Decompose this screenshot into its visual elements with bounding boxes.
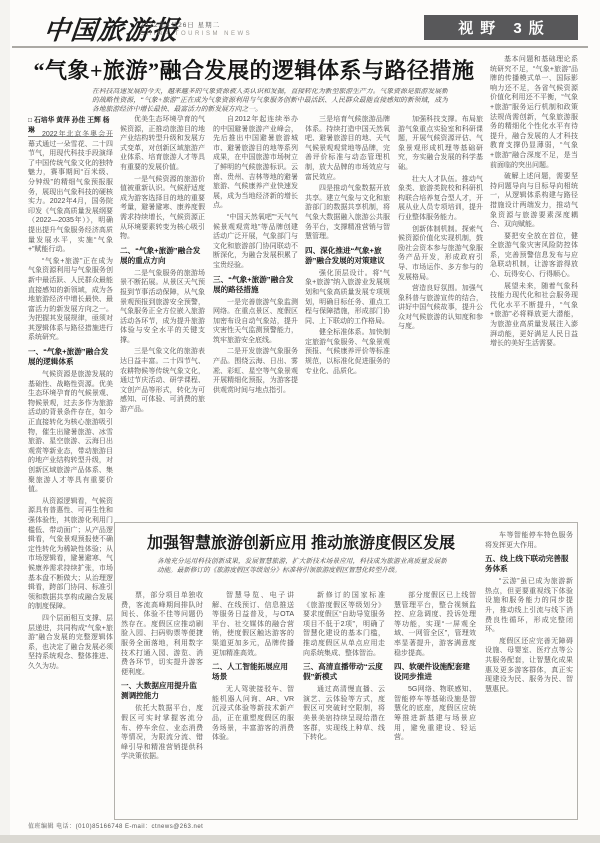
- masthead-english-title: CHINA TOURISM NEWS: [140, 31, 252, 37]
- body-paragraph: 加强科技支撑。布局旅游气象重点实验室和科研课题，开展气候资源评估、气象景观形成机…: [398, 115, 483, 173]
- body-paragraph: 依托大数据平台，度假区可实时掌握客流分布、停车余位、业态消费等情况，为限流分流、…: [121, 704, 203, 762]
- body-paragraph: 三是气象文化的旅游表达日益丰富。二十四节气、农耕物候等传统气象文化，通过节庆活动…: [120, 347, 205, 414]
- page-footer: 值班编辑 电话：(010)85166748 E-mail：ctnews@263.…: [28, 821, 203, 830]
- body-paragraph: 要把安全放在首位，健全旅游气象灾害风险防控体系，完善预警信息发布与应急联动机制，…: [490, 232, 578, 280]
- main-article-intro: 在科技高速发展的今天，越来越多的气象资源被人类认识和发掘，直接转化为新型旅游生产…: [92, 88, 448, 114]
- masthead-date: 2022年4月26日 星期二: [140, 20, 220, 29]
- bottom-article-headline: 加强智慧旅游创新应用 推动旅游度假区发展: [121, 530, 481, 553]
- bottom-article-column-1: 票，部分项目单独收费，客流高峰期间排队时间长、体验不佳等问题仍然存在。度假区应推…: [121, 591, 203, 815]
- body-paragraph: 从资源逻辑看，气候资源具有普惠性、可再生性和强体验性，其旅游化利用门槛低、带动面…: [28, 497, 113, 612]
- body-paragraph: 优美生态环境孕育的气候资源，正推动旅游目的地产业结构转型升级和发展方式变革，对创…: [120, 115, 205, 173]
- section-heading: 四、深化推进“气象+旅游”融合发展的对策建议: [305, 246, 390, 266]
- bottom-article-intro: 各地充分运用科技创新成果，发展智慧旅游，扩大新技术场景应用，科技成为旅游业高质量…: [157, 557, 447, 585]
- article-column-3: 自2012年起连续举办的中国避暑旅游产业峰会，先后推出中国避暑旅游城市、避暑旅游…: [213, 115, 298, 518]
- body-paragraph: 智慧导览、电子讲解、在线预订、信息推送等服务日益普及，与OTA平台、社交媒体的融…: [212, 591, 294, 658]
- section-heading: 五、线上线下联动完善服务体系: [485, 554, 573, 574]
- body-paragraph: 二是开发旅游气象服务产品。围绕云海、日出、雾凇、彩虹、星空等气象景观开展精细化预…: [213, 347, 298, 395]
- body-paragraph: 基本问题和基础理论系统研究不足，“气象+旅游”品牌的传播模式单一、国际影响力还不…: [490, 55, 578, 170]
- section-heading: 二、“气象+旅游”融合发展的重点方向: [120, 246, 205, 266]
- body-paragraph: 部分度假区已上线智慧管理平台，整合视频监控、应急调度、投诉处理等功能，实现“一屏…: [394, 591, 476, 658]
- body-paragraph: 车等智能停车特色服务将发挥更大作用。: [485, 531, 573, 550]
- body-paragraph: 营造良好氛围。加强气象科普与旅游宣传的结合，讲好中国气候故事，提升公众对气候旅游…: [398, 284, 483, 332]
- section-heading: 三、“气象+旅游”融合发展的路径措施: [213, 275, 298, 295]
- article-column-2: 优美生态环境孕育的气候资源，正推动旅游目的地产业结构转型升级和发展方式变革，对创…: [120, 115, 205, 518]
- body-paragraph: 5G网络、物联感知、智能停车等基础设施是智慧化的底座，度假区应统筹推进新基建与场…: [394, 685, 476, 743]
- body-paragraph: 自2012年起连续举办的中国避暑旅游产业峰会，先后推出中国避暑旅游城市、避暑旅游…: [213, 115, 298, 211]
- section-heading: 一、“气象+旅游”融合发展的逻辑体系: [28, 347, 113, 367]
- body-paragraph: 三是培育气候旅游品牌体系。持续打造中国天然氧吧、避暑旅游目的地、天气气候景观观赏…: [305, 115, 390, 182]
- body-paragraph: “气象+旅游”正在成为气象资源利用与气象服务创新中最活跃、人民群众最能直接感知的…: [28, 257, 113, 343]
- body-paragraph: 通过高清慢直播、云演艺、云体验等方式，度假区可突破时空限制，将美景美宿持续呈现给…: [303, 685, 385, 743]
- bottom-article-column-2: 智慧导览、电子讲解、在线预订、信息推送等服务日益普及，与OTA平台、社交媒体的融…: [212, 591, 294, 815]
- bottom-article-column-5: 车等智能停车特色服务将发挥更大作用。五、线上线下联动完善服务体系“云游”虽已成为…: [485, 531, 573, 815]
- bottom-article-column-4: 部分度假区已上线智慧管理平台，整合视频监控、应急调度、投诉处理等功能，实现“一屏…: [394, 591, 476, 815]
- body-paragraph: 四个层面相互支撑、层层递进，共同构成“气象+旅游”融合发展的完整逻辑体系，也决定…: [28, 614, 113, 672]
- section-heading: 一、大数据应用提升监测调控能力: [121, 681, 203, 701]
- body-paragraph: 2022年北京冬奥会开幕式通过一朵雪花、二十四节气，用现代科技手段演绎了中国传统…: [28, 130, 113, 255]
- newspaper-page: { "masthead": { "logo": "中国旅游报", "date":…: [0, 0, 600, 843]
- section-heading: 四、软硬件设施配套建设同步推进: [394, 662, 476, 682]
- body-paragraph: 票，部分项目单独收费，客流高峰期间排队时间长、体验不佳等问题仍然存在。度假区应推…: [121, 591, 203, 677]
- scan-edge-left: [0, 0, 10, 843]
- section-heading: 二、人工智能拓展应用场景: [212, 662, 294, 682]
- body-paragraph: 创新体制机制。探索气候资源价值化实现机制，鼓励社会资本参与旅游气象服务产品开发，…: [398, 225, 483, 283]
- article-column-1: 2022年北京冬奥会开幕式通过一朵雪花、二十四节气，用现代科技手段演绎了中国传统…: [28, 130, 113, 816]
- bottom-article-column-3: 新修订的国家标准《旅游度假区等级划分》要求度假区“自助导览服务项目不低于2项”，…: [303, 591, 385, 815]
- body-paragraph: 壮大人才队伍。推动气象类、旅游类院校和科研机构联合培养复合型人才，开展从业人员专…: [398, 175, 483, 223]
- body-paragraph: 强化顶层设计。将“气象+旅游”纳入旅游业发展规划和气象高质量发展专项规划，明确目…: [305, 269, 390, 327]
- page-section-badge: 视野 3版: [424, 15, 578, 40]
- body-paragraph: 度假区还应完善无障碍设施、母婴室、医疗点等公共服务配套，让智慧化成果惠及更多游客…: [485, 637, 573, 695]
- article-column-5: 加强科技支撑。布局旅游气象重点实验室和科研课题，开展气候资源评估、气象景观形成机…: [398, 115, 483, 518]
- article-column-4: 三是培育气候旅游品牌体系。持续打造中国天然氧吧、避暑旅游目的地、天气气候景观观赏…: [305, 115, 390, 518]
- bottom-article-box: 加强智慧旅游创新应用 推动旅游度假区发展 各地充分运用科技创新成果，发展智慧旅游…: [114, 522, 578, 820]
- body-paragraph: 四是推动气象数据开放共享。建立气象与文化和旅游部门的数据共享机制，将气象大数据融…: [305, 184, 390, 242]
- body-paragraph: “中国天然氧吧”“天气气候景观观赏地”等品牌创建活动广泛开展，气象部门与文化和旅…: [213, 213, 298, 271]
- masthead-rule: [12, 46, 588, 48]
- body-paragraph: 气候资源是旅游发展的基础性、战略性资源。优美生态环境孕育的气候景观、物候景观，过…: [28, 370, 113, 495]
- body-paragraph: 破解上述问题，需要坚持问题导向与目标导向相统一，从逻辑体系构建与路径措施设计两端…: [490, 172, 578, 230]
- body-paragraph: 新修订的国家标准《旅游度假区等级划分》要求度假区“自助导览服务项目不低于2项”，…: [303, 591, 385, 658]
- body-paragraph: 健全标准体系。加快制定旅游气象服务、气象景观预报、气候康养评价等标准规范，以标准…: [305, 328, 390, 376]
- body-paragraph: 二是气象服务的旅游场景不断拓展。从景区天气预报到节事活动保障，从气象景观预报到旅…: [120, 269, 205, 346]
- body-paragraph: “云游”虽已成为旅游新热点，但更要重视线下体验设施和服务能力的同步提升，推动线上…: [485, 577, 573, 635]
- body-paragraph: 无人驾驶接驳车、智能机器人问询、AR、VR沉浸式体验等新技术新产品，正在重塑度假…: [212, 685, 294, 743]
- body-paragraph: 一是完善旅游气象监测网络。在重点景区、度假区加密布设自动气象站，提升灾害性天气监…: [213, 298, 298, 346]
- main-article-headline: “气象+旅游”融合发展的逻辑体系与路径措施: [24, 54, 484, 85]
- section-heading: 三、高清直播带动“云度假”新模式: [303, 662, 385, 682]
- body-paragraph: 一是气候资源的旅游价值被重新认识。气候舒适度成为游客选择目的地的重要考量，避暑避…: [120, 175, 205, 242]
- article-column-6: 基本问题和基础理论系统研究不足，“气象+旅游”品牌的传播模式单一、国际影响力还不…: [490, 55, 578, 518]
- scan-edge-bottom: [0, 835, 600, 843]
- body-paragraph: 展望未来，随着气象科技能力现代化和社会服务现代化水平不断提升，“气象+旅游”必将…: [490, 282, 578, 349]
